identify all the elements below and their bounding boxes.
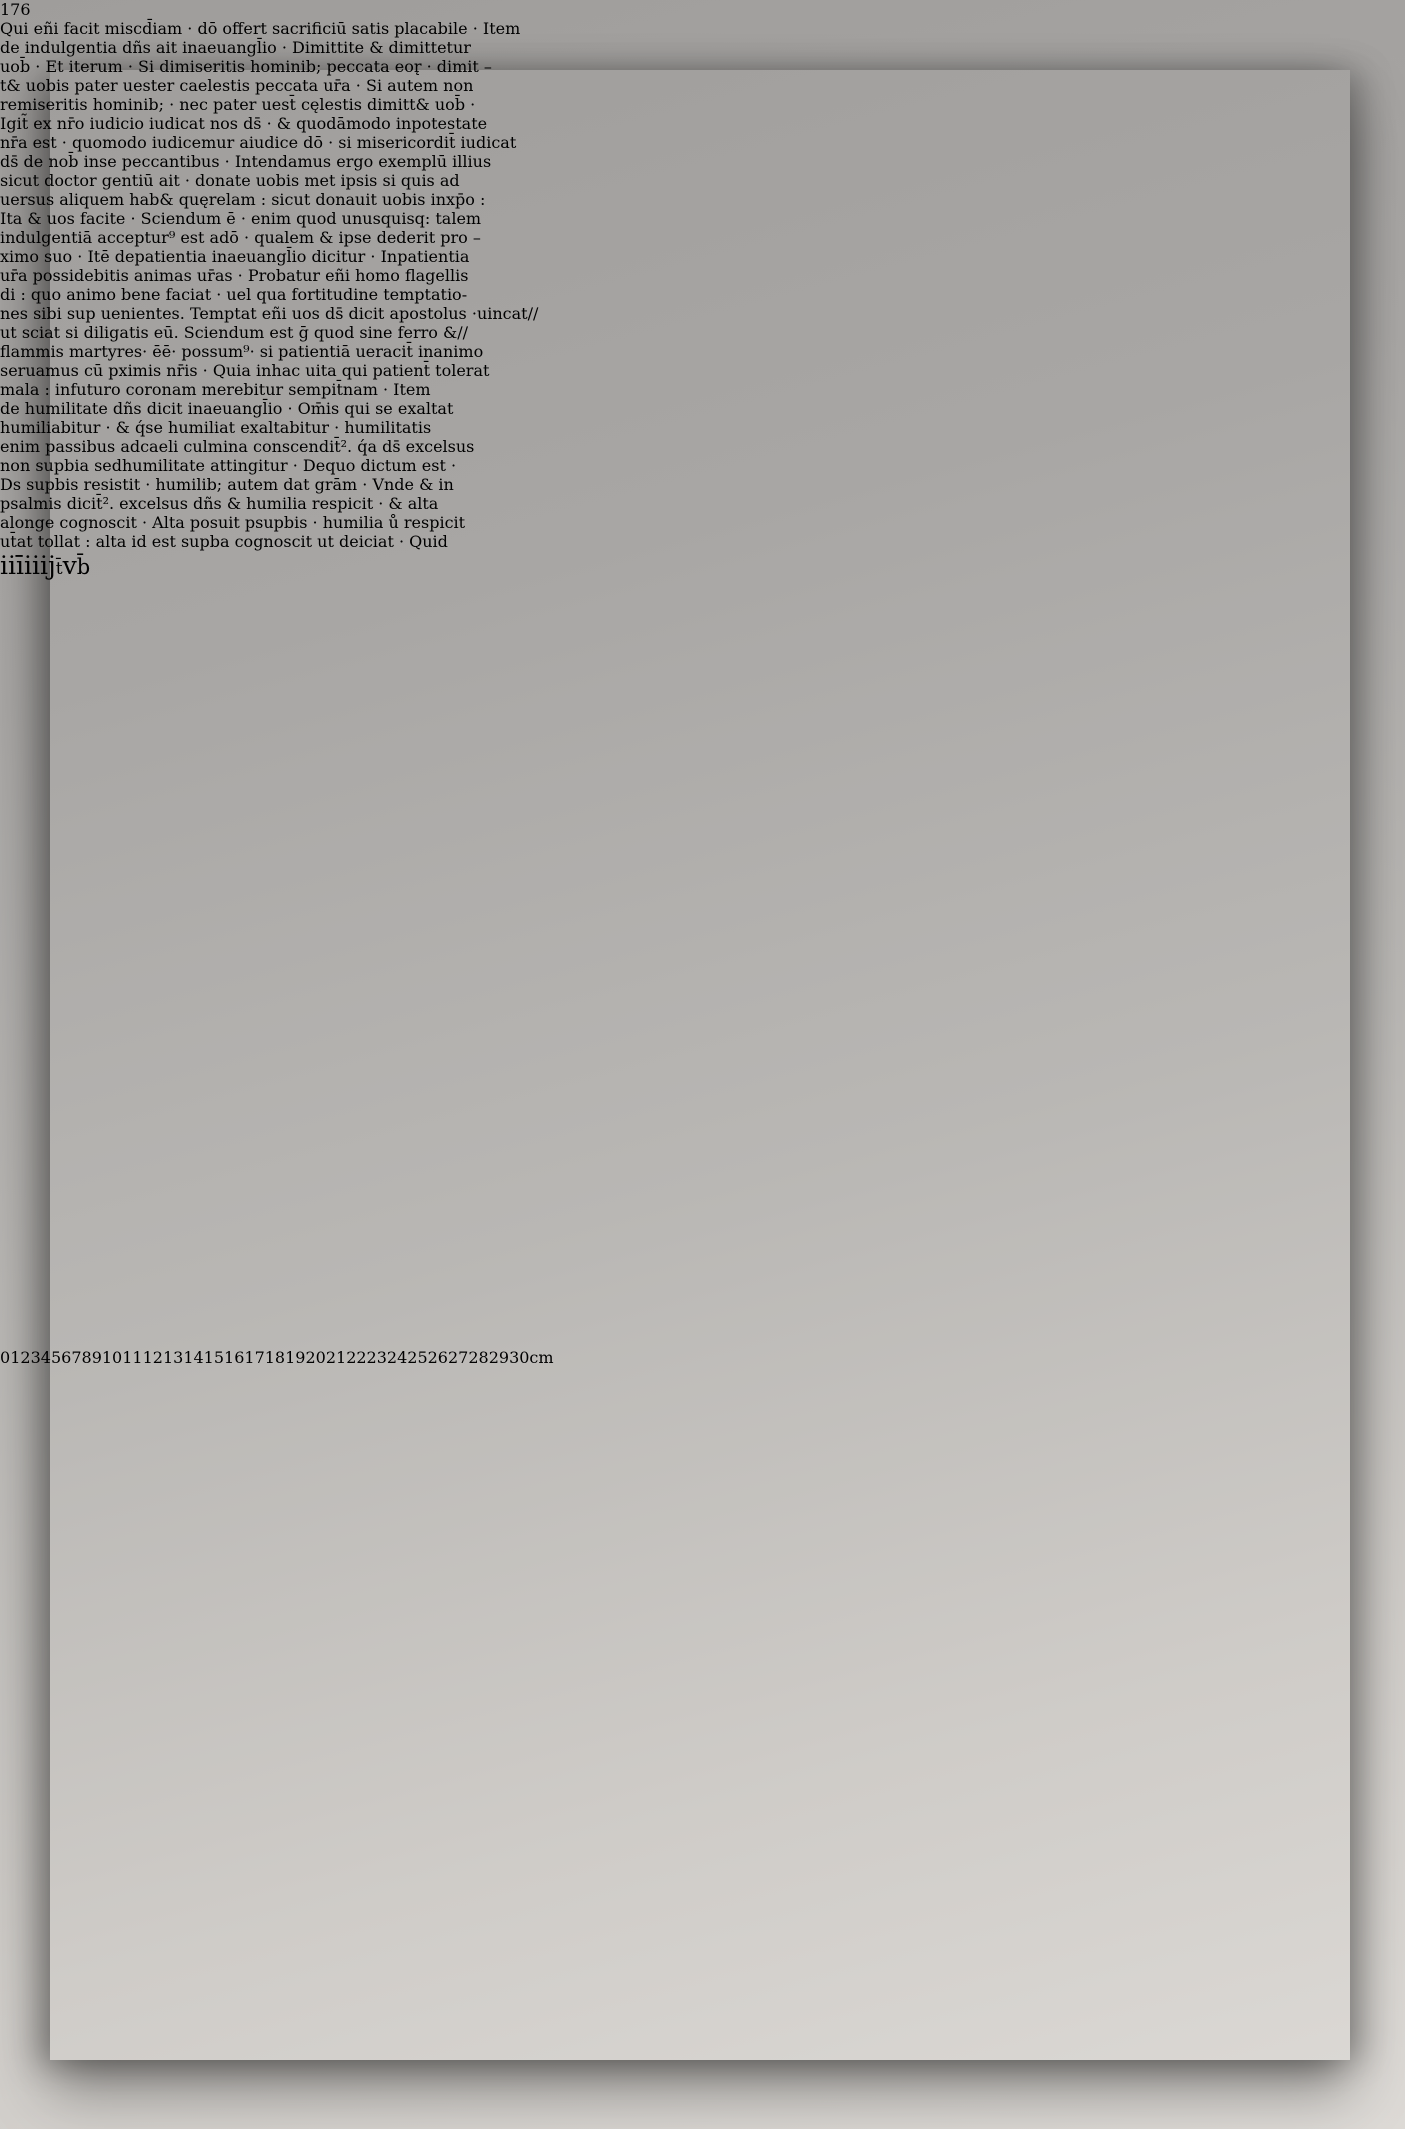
ruler-number: 2 — [20, 1348, 30, 1367]
manuscript-photo: 176 Qui eñi facit miscd̄iam · dō offert … — [0, 0, 1405, 2129]
manuscript-line: Qui eñi facit miscd̄iam · dō offert sacr… — [0, 19, 1405, 38]
ruler-number: 3 — [31, 1348, 41, 1367]
decorated-initial: D — [0, 475, 13, 494]
ruler-number: 0 — [0, 1348, 10, 1367]
marginal-note: iiī — [0, 551, 24, 580]
decorated-initial: Q — [0, 19, 13, 38]
book-shadow — [50, 70, 1350, 2060]
folio-number: 176 — [0, 0, 1405, 19]
line-text: tem — [489, 19, 520, 38]
line-text: ui eñi facit miscd̄iam · dō offert sacri… — [13, 19, 483, 38]
leather-top-edge — [86, 55, 1348, 145]
ruler-number: 1 — [10, 1348, 20, 1367]
